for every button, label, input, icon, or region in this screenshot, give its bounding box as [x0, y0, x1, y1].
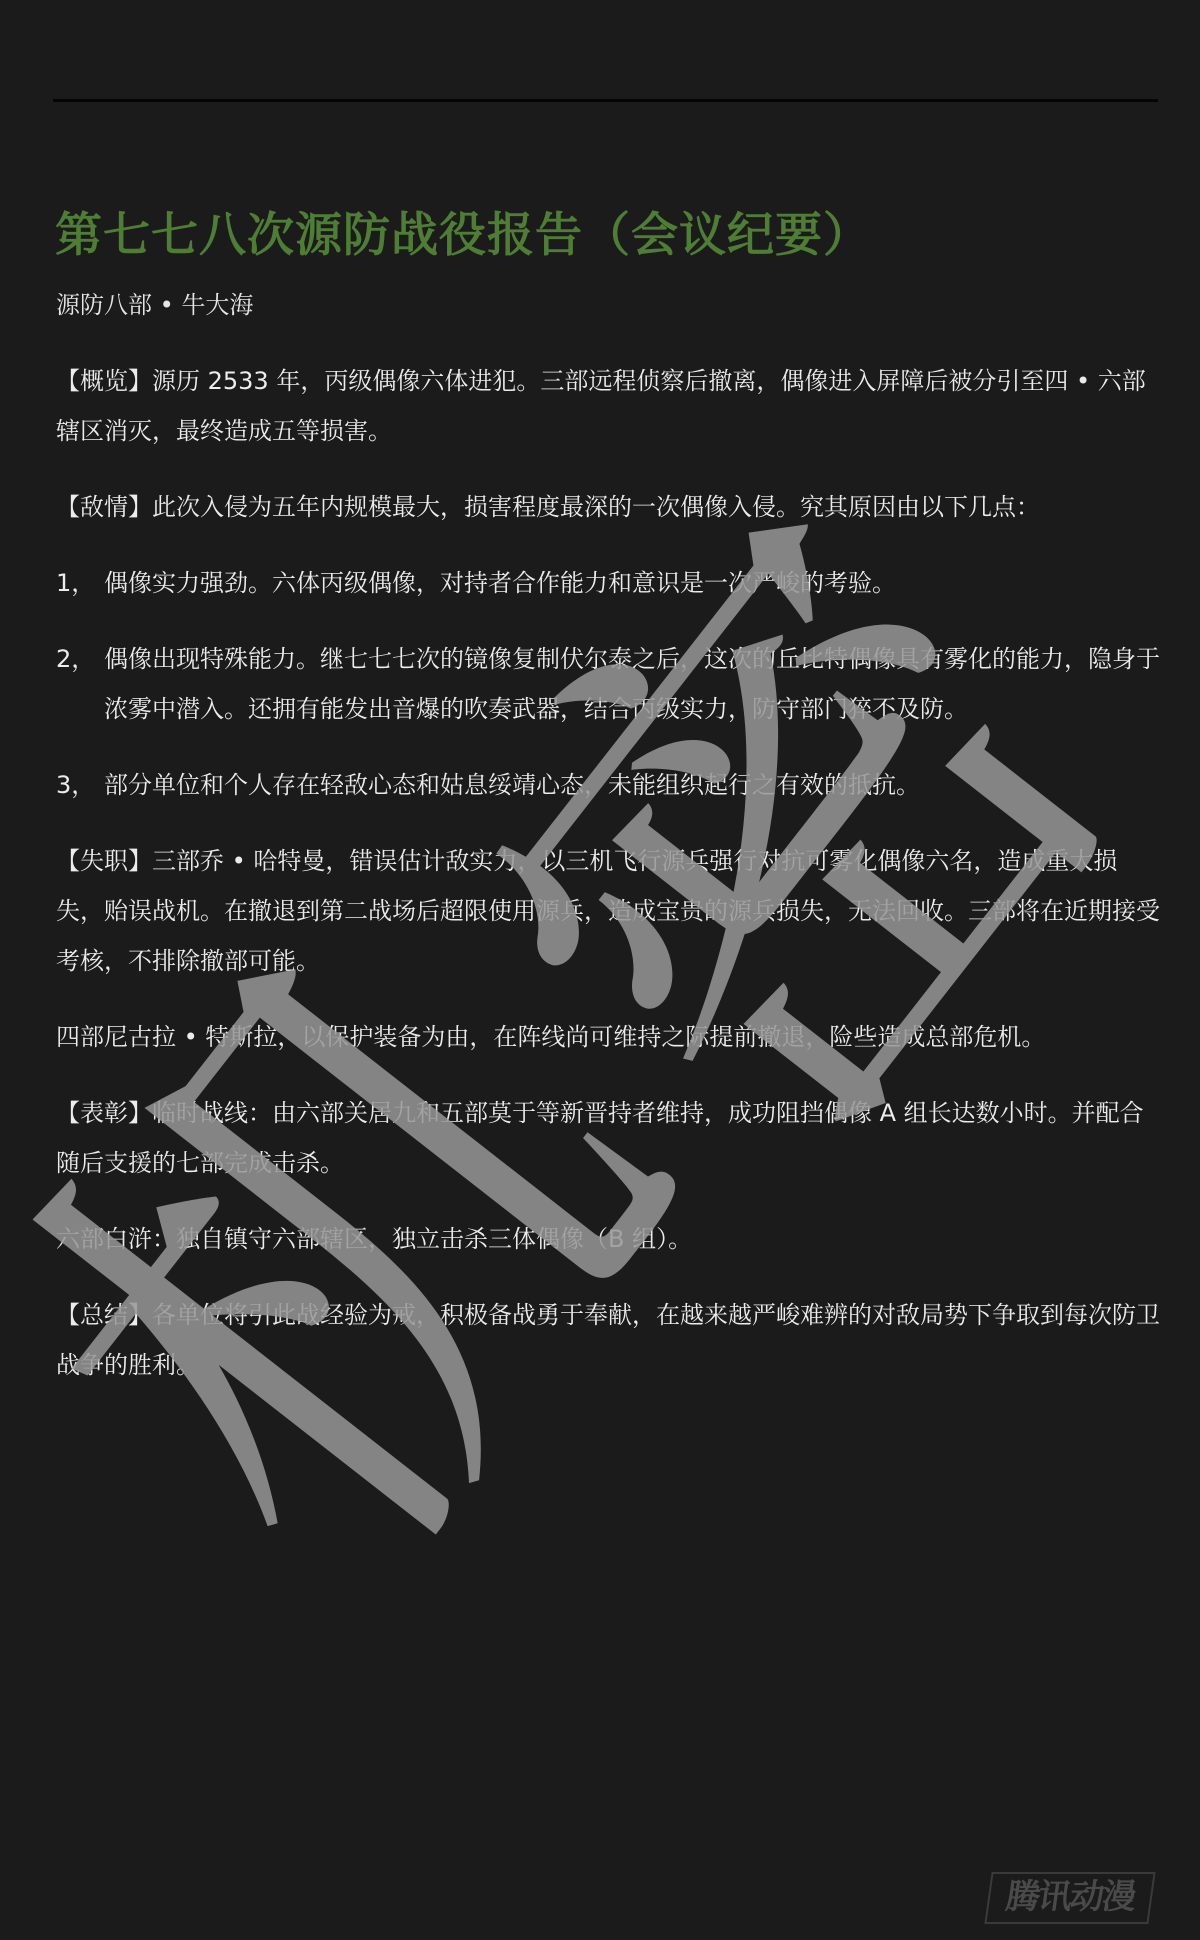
report-body: 【概览】源历 2533 年，丙级偶像六体进犯。三部远程侦察后撤离，偶像进入屏障后…: [56, 356, 1162, 1416]
top-divider: [53, 99, 1158, 102]
paragraph-dereliction-2: 四部尼古拉 • 特斯拉，以保护装备为由，在阵线尚可维持之际提前撤退，险些造成总部…: [56, 1012, 1162, 1062]
list-item: 2， 偶像出现特殊能力。继七七七次的镜像复制伏尔泰之后，这次的丘比特偶像具有雾化…: [56, 634, 1162, 734]
list-item-number: 2，: [56, 634, 104, 734]
paragraph-summary: 【总结】各单位将引此战经验为戒，积极备战勇于奉献，在越来越严峻难辨的对敌局势下争…: [56, 1290, 1162, 1390]
list-item-text: 部分单位和个人存在轻敌心态和姑息绥靖心态，未能组织起行之有效的抵抗。: [104, 760, 1162, 810]
list-item-number: 1，: [56, 558, 104, 608]
list-item-text: 偶像出现特殊能力。继七七七次的镜像复制伏尔泰之后，这次的丘比特偶像具有雾化的能力…: [104, 634, 1162, 734]
list-item-number: 3，: [56, 760, 104, 810]
page-title: 第七七八次源防战役报告（会议纪要）: [55, 198, 871, 265]
list-item: 3， 部分单位和个人存在轻敌心态和姑息绥靖心态，未能组织起行之有效的抵抗。: [56, 760, 1162, 810]
paragraph-enemy: 【敌情】此次入侵为五年内规模最大，损害程度最深的一次偶像入侵。究其原因由以下几点…: [56, 482, 1162, 532]
paragraph-commendation-2: 六部白浒：独自镇守六部辖区，独立击杀三体偶像（B 组）。: [56, 1214, 1162, 1264]
paragraph-commendation: 【表彰】临时战线：由六部关居九和五部莫于等新晋持者维持，成功阻挡偶像 A 组长达…: [56, 1088, 1162, 1188]
paragraph-dereliction: 【失职】三部乔 • 哈特曼，错误估计敌实力，以三机飞行源兵强行对抗可雾化偶像六名…: [56, 836, 1162, 986]
list-item: 1， 偶像实力强劲。六体丙级偶像，对持者合作能力和意识是一次严峻的考验。: [56, 558, 1162, 608]
paragraph-overview: 【概览】源历 2533 年，丙级偶像六体进犯。三部远程侦察后撤离，偶像进入屏障后…: [56, 356, 1162, 456]
list-item-text: 偶像实力强劲。六体丙级偶像，对持者合作能力和意识是一次严峻的考验。: [104, 558, 1162, 608]
byline: 源防八部 • 牛大海: [56, 285, 253, 320]
tencent-comics-logo: 腾讯动漫: [984, 1872, 1155, 1924]
